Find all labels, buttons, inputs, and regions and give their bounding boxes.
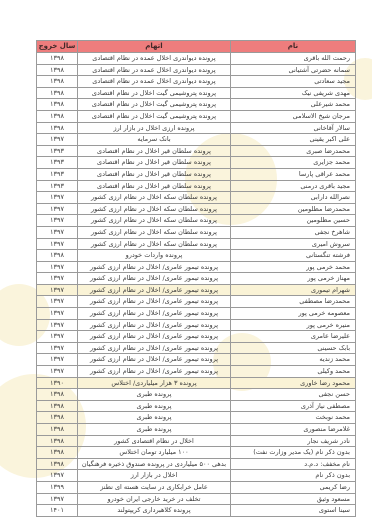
year-cell: ۱۳۹۷: [37, 273, 78, 285]
table-row: علی اکبر یقینیبانک سرمایه۱۳۹۷: [37, 134, 356, 146]
charge-cell: پرونده سلطان قیر اخلال در نظام اقتصادی: [78, 157, 231, 169]
year-cell: ۱۳۹۸: [37, 64, 78, 76]
year-cell: ۱۴۰۱: [37, 505, 78, 517]
table-row: محمد نوبختپرونده طبری۱۳۹۸: [37, 412, 356, 424]
year-cell: ۱۳۹۳: [37, 157, 78, 169]
charge-cell: پرونده تیمور عامری/ اخلال در نظام ارزی ک…: [78, 296, 231, 308]
name-cell: علی اکبر یقینی: [231, 134, 356, 146]
year-cell: ۱۳۹۷: [37, 493, 78, 505]
year-cell: ۱۳۹۸: [37, 87, 78, 99]
year-cell: ۱۳۹۷: [37, 319, 78, 331]
name-cell: علیرضا عامری: [231, 331, 356, 343]
charge-cell: پرونده سلطان سکه اخلال در نظام ارزی کشور: [78, 226, 231, 238]
charge-cell: تخلف در خرید خارجی ایران خودرو: [78, 493, 231, 505]
table-row: منیره خرمی پورپرونده تیمور عامری/ اخلال …: [37, 319, 356, 331]
name-cell: سینا استوی: [231, 505, 356, 517]
fugitives-table-page: نام اتهام سال خروج رحمت الله باقریپرونده…: [0, 0, 372, 520]
year-cell: ۱۳۹۷: [37, 296, 78, 308]
table-row: شاهرخ نجفیپرونده سلطان سکه اخلال در نظام…: [37, 226, 356, 238]
table-row: بدون ذکر ناماخلال در بازار ارز۱۳۹۷: [37, 470, 356, 482]
table-row: محمد خرمی پورپرونده تیمور عامری/ اخلال د…: [37, 261, 356, 273]
name-cell: رضا کریمی: [231, 481, 356, 493]
name-cell: شهرام تیموری: [231, 284, 356, 296]
charge-cell: پرونده پتروشیمی گیت اخلال در نظام اقتصاد…: [78, 87, 231, 99]
name-cell: محمد خرمی پور: [231, 261, 356, 273]
name-cell: حسن نجفی: [231, 389, 356, 401]
name-cell: نادر شریف نجار: [231, 435, 356, 447]
table-row: محمدرضا مظلومینپرونده سلطان سکه اخلال در…: [37, 203, 356, 215]
charge-cell: پرونده سلطان قیر اخلال در نظام اقتصادی: [78, 180, 231, 192]
table-row: معصومه خرمی پورپرونده تیمور عامری/ اخلال…: [37, 308, 356, 320]
year-cell: ۱۳۹۸: [37, 447, 78, 459]
name-cell: محمدرضا مظلومین: [231, 203, 356, 215]
table-row: سینا استویپرونده کلاهبرداری کریپتولند۱۴۰…: [37, 505, 356, 517]
name-cell: معصومه خرمی پور: [231, 308, 356, 320]
charge-cell: پرونده طبری: [78, 389, 231, 401]
name-cell: مسعود وثیق: [231, 493, 356, 505]
name-cell: مهدی شریفی نیک: [231, 87, 356, 99]
year-cell: ۱۳۹۸: [37, 400, 78, 412]
charge-cell: پرونده دیواندری اخلال عمده در نظام اقتصا…: [78, 76, 231, 88]
name-cell: محمد وکیلی: [231, 366, 356, 378]
table-row: مهدی شریفی نیکپرونده پتروشیمی گیت اخلال …: [37, 87, 356, 99]
charge-cell: پرونده دیواندری اخلال عمده در نظام اقتصا…: [78, 64, 231, 76]
year-cell: ۱۳۹۷: [37, 134, 78, 146]
year-cell: ۱۳۹۳: [37, 180, 78, 192]
charge-cell: پرونده طبری: [78, 400, 231, 412]
name-cell: مجید سعادتی: [231, 76, 356, 88]
name-cell: بابک حسینی: [231, 342, 356, 354]
year-cell: ۱۳۹۹: [37, 481, 78, 493]
year-cell: ۱۳۹۸: [37, 389, 78, 401]
name-cell: حسین مظلومین: [231, 215, 356, 227]
year-cell: ۱۳۹۷: [37, 226, 78, 238]
table-row: غلامرضا منصوریپرونده طبری۱۳۹۸: [37, 424, 356, 436]
fugitives-table: نام اتهام سال خروج رحمت الله باقریپرونده…: [36, 40, 356, 517]
year-cell: ۱۳۹۷: [37, 261, 78, 273]
year-cell: ۱۳۹۸: [37, 250, 78, 262]
name-cell: نام مخفف: د.م.د: [231, 458, 356, 470]
charge-cell: پرونده دیواندری اخلال عمده در نظام اقتصا…: [78, 53, 231, 65]
table-row: سالار آقاخانیپرونده ارزی اخلال در بازار …: [37, 122, 356, 134]
name-cell: مهناز خرمی پور: [231, 273, 356, 285]
table-row: مسعود وثیقتخلف در خرید خارجی ایران خودرو…: [37, 493, 356, 505]
charge-cell: پرونده طبری: [78, 424, 231, 436]
charge-cell: پرونده سلطان سکه اخلال در نظام ارزی کشور: [78, 203, 231, 215]
table-row: محمد شیرعلیپرونده پتروشیمی گیت اخلال در …: [37, 99, 356, 111]
year-cell: ۱۳۹۷: [37, 470, 78, 482]
table-row: نام مخفف: د.م.دبدهی ۵۰۰ میلیاردی در پرون…: [37, 458, 356, 470]
year-cell: ۱۳۹۷: [37, 192, 78, 204]
name-cell: بدون ذکر نام (یک مدیر وزارت نفت): [231, 447, 356, 459]
table-row: محمد جزایریپرونده سلطان قیر اخلال در نظا…: [37, 157, 356, 169]
name-cell: شاهرخ نجفی: [231, 226, 356, 238]
charge-cell: پرونده کلاهبرداری کریپتولند: [78, 505, 231, 517]
charge-cell: پرونده سلطان سکه اخلال در نظام ارزی کشور: [78, 238, 231, 250]
table-row: سروش امیریپرونده سلطان سکه اخلال در نظام…: [37, 238, 356, 250]
year-cell: ۱۳۹۷: [37, 238, 78, 250]
name-cell: مجید باقری درمنی: [231, 180, 356, 192]
charge-cell: پرونده تیمور عامری/ اخلال در نظام ارزی ک…: [78, 319, 231, 331]
year-cell: ۱۳۹۳: [37, 168, 78, 180]
name-cell: منیره خرمی پور: [231, 319, 356, 331]
charge-cell: بدهی ۵۰۰ میلیاردی در پرونده صندوق ذخیره …: [78, 458, 231, 470]
table-row: مجید سعادتیپرونده دیواندری اخلال عمده در…: [37, 76, 356, 88]
year-cell: ۱۳۹۷: [37, 284, 78, 296]
header-name-column: نام: [231, 41, 356, 53]
name-cell: سالار آقاخانی: [231, 122, 356, 134]
table-row: حسین مظلومینپرونده سلطان سکه اخلال در نظ…: [37, 215, 356, 227]
table-row: نصرالله دارابیپرونده سلطان سکه اخلال در …: [37, 192, 356, 204]
name-cell: محمد جزایری: [231, 157, 356, 169]
table-row: سمانه حضرتی آشتیانیپرونده دیواندری اخلال…: [37, 64, 356, 76]
table-row: محمود رضا خاوریپرونده ۳ هزار میلیاردی/ ا…: [37, 377, 356, 389]
year-cell: ۱۳۹۷: [37, 366, 78, 378]
name-cell: محمود رضا خاوری: [231, 377, 356, 389]
name-cell: محمد عراقی پارسا: [231, 168, 356, 180]
name-cell: سروش امیری: [231, 238, 356, 250]
table-row: بابک حسینیپرونده تیمور عامری/ اخلال در ن…: [37, 342, 356, 354]
year-cell: ۱۳۹۸: [37, 53, 78, 65]
year-cell: ۱۳۹۷: [37, 354, 78, 366]
year-cell: ۱۳۹۷: [37, 342, 78, 354]
table-row: محمدرضا صبریپرونده سلطان قیر اخلال در نظ…: [37, 145, 356, 157]
name-cell: بدون ذکر نام: [231, 470, 356, 482]
table-row: رحمت الله باقریپرونده دیواندری اخلال عمد…: [37, 53, 356, 65]
name-cell: محمد زندیه: [231, 354, 356, 366]
table-row: مهناز خرمی پورپرونده تیمور عامری/ اخلال …: [37, 273, 356, 285]
year-cell: ۱۳۹۸: [37, 424, 78, 436]
name-cell: غلامرضا منصوری: [231, 424, 356, 436]
charge-cell: ۱۰۰ میلیارد تومان اختلاس: [78, 447, 231, 459]
year-cell: ۱۳۹۸: [37, 122, 78, 134]
table-header: نام اتهام سال خروج: [37, 41, 356, 53]
year-cell: ۱۳۹۰: [37, 377, 78, 389]
charge-cell: عامل خرابکاری در سایت هسته ای نطنز: [78, 481, 231, 493]
year-cell: ۱۳۹۸: [37, 412, 78, 424]
table-row: بدون ذکر نام (یک مدیر وزارت نفت)۱۰۰ میلی…: [37, 447, 356, 459]
name-cell: مصطفی نیاز آذری: [231, 400, 356, 412]
name-cell: محمدرضا مصطفی: [231, 296, 356, 308]
charge-cell: پرونده تیمور عامری/ اخلال در نظام ارزی ک…: [78, 342, 231, 354]
charge-cell: پرونده تیمور عامری/ اخلال در نظام ارزی ک…: [78, 354, 231, 366]
charge-cell: پرونده تیمور عامری/ اخلال در نظام ارزی ک…: [78, 331, 231, 343]
year-cell: ۱۳۹۸: [37, 110, 78, 122]
charge-cell: پرونده تیمور عامری/ اخلال در نظام ارزی ک…: [78, 273, 231, 285]
table-row: شهرام تیموریپرونده تیمور عامری/ اخلال در…: [37, 284, 356, 296]
table-row: محمد زندیهپرونده تیمور عامری/ اخلال در ن…: [37, 354, 356, 366]
table-row: رضا کریمیعامل خرابکاری در سایت هسته ای ن…: [37, 481, 356, 493]
table-body: رحمت الله باقریپرونده دیواندری اخلال عمد…: [37, 53, 356, 517]
year-cell: ۱۳۹۷: [37, 308, 78, 320]
charge-cell: پرونده سلطان سکه اخلال در نظام ارزی کشور: [78, 215, 231, 227]
header-year-column: سال خروج: [37, 41, 78, 53]
name-cell: مرجان شیخ الاسلامی: [231, 110, 356, 122]
table-row: محمد عراقی پارساپرونده سلطان قیر اخلال د…: [37, 168, 356, 180]
header-row: نام اتهام سال خروج: [37, 41, 356, 53]
table-row: حسن نجفیپرونده طبری۱۳۹۸: [37, 389, 356, 401]
header-charge-column: اتهام: [78, 41, 231, 53]
name-cell: رحمت الله باقری: [231, 53, 356, 65]
charge-cell: پرونده پتروشیمی گیت اخلال در نظام اقتصاد…: [78, 110, 231, 122]
charge-cell: پرونده تیمور عامری/ اخلال در نظام ارزی ک…: [78, 284, 231, 296]
charge-cell: پرونده تیمور عامری/ اخلال در نظام ارزی ک…: [78, 366, 231, 378]
name-cell: محمد نوبخت: [231, 412, 356, 424]
charge-cell: پرونده تیمور عامری/ اخلال در نظام ارزی ک…: [78, 261, 231, 273]
charge-cell: پرونده تیمور عامری/ اخلال در نظام ارزی ک…: [78, 308, 231, 320]
year-cell: ۱۳۹۸: [37, 458, 78, 470]
charge-cell: پرونده سلطان سکه اخلال در نظام ارزی کشور: [78, 192, 231, 204]
table-row: علیرضا عامریپرونده تیمور عامری/ اخلال در…: [37, 331, 356, 343]
charge-cell: پرونده سلطان قیر اخلال در نظام اقتصادی: [78, 168, 231, 180]
charge-cell: اخلال در نظام اقتصادی کشور: [78, 435, 231, 447]
charge-cell: پرونده پتروشیمی گیت اخلال در نظام اقتصاد…: [78, 99, 231, 111]
year-cell: ۱۳۹۷: [37, 203, 78, 215]
charge-cell: اخلال در بازار ارز: [78, 470, 231, 482]
table-row: مجید باقری درمنیپرونده سلطان قیر اخلال د…: [37, 180, 356, 192]
name-cell: نصرالله دارابی: [231, 192, 356, 204]
year-cell: ۱۳۹۸: [37, 76, 78, 88]
year-cell: ۱۳۹۳: [37, 145, 78, 157]
table-row: مرجان شیخ الاسلامیپرونده پتروشیمی گیت اخ…: [37, 110, 356, 122]
charge-cell: بانک سرمایه: [78, 134, 231, 146]
charge-cell: پرونده واردات خودرو: [78, 250, 231, 262]
year-cell: ۱۳۹۸: [37, 435, 78, 447]
name-cell: محمد شیرعلی: [231, 99, 356, 111]
charge-cell: پرونده طبری: [78, 412, 231, 424]
charge-cell: پرونده سلطان قیر اخلال در نظام اقتصادی: [78, 145, 231, 157]
table-row: مصطفی نیاز آذریپرونده طبری۱۳۹۸: [37, 400, 356, 412]
year-cell: ۱۳۹۸: [37, 99, 78, 111]
charge-cell: پرونده ارزی اخلال در بازار ارز: [78, 122, 231, 134]
table-row: محمد وکیلیپرونده تیمور عامری/ اخلال در ن…: [37, 366, 356, 378]
table-row: محمدرضا مصطفیپرونده تیمور عامری/ اخلال د…: [37, 296, 356, 308]
name-cell: سمانه حضرتی آشتیانی: [231, 64, 356, 76]
name-cell: محمدرضا صبری: [231, 145, 356, 157]
table-row: فرشته تنگستانیپرونده واردات خودرو۱۳۹۸: [37, 250, 356, 262]
name-cell: فرشته تنگستانی: [231, 250, 356, 262]
year-cell: ۱۳۹۷: [37, 331, 78, 343]
table-row: نادر شریف نجاراخلال در نظام اقتصادی کشور…: [37, 435, 356, 447]
charge-cell: پرونده ۳ هزار میلیاردی/ اختلاس: [78, 377, 231, 389]
year-cell: ۱۳۹۷: [37, 215, 78, 227]
